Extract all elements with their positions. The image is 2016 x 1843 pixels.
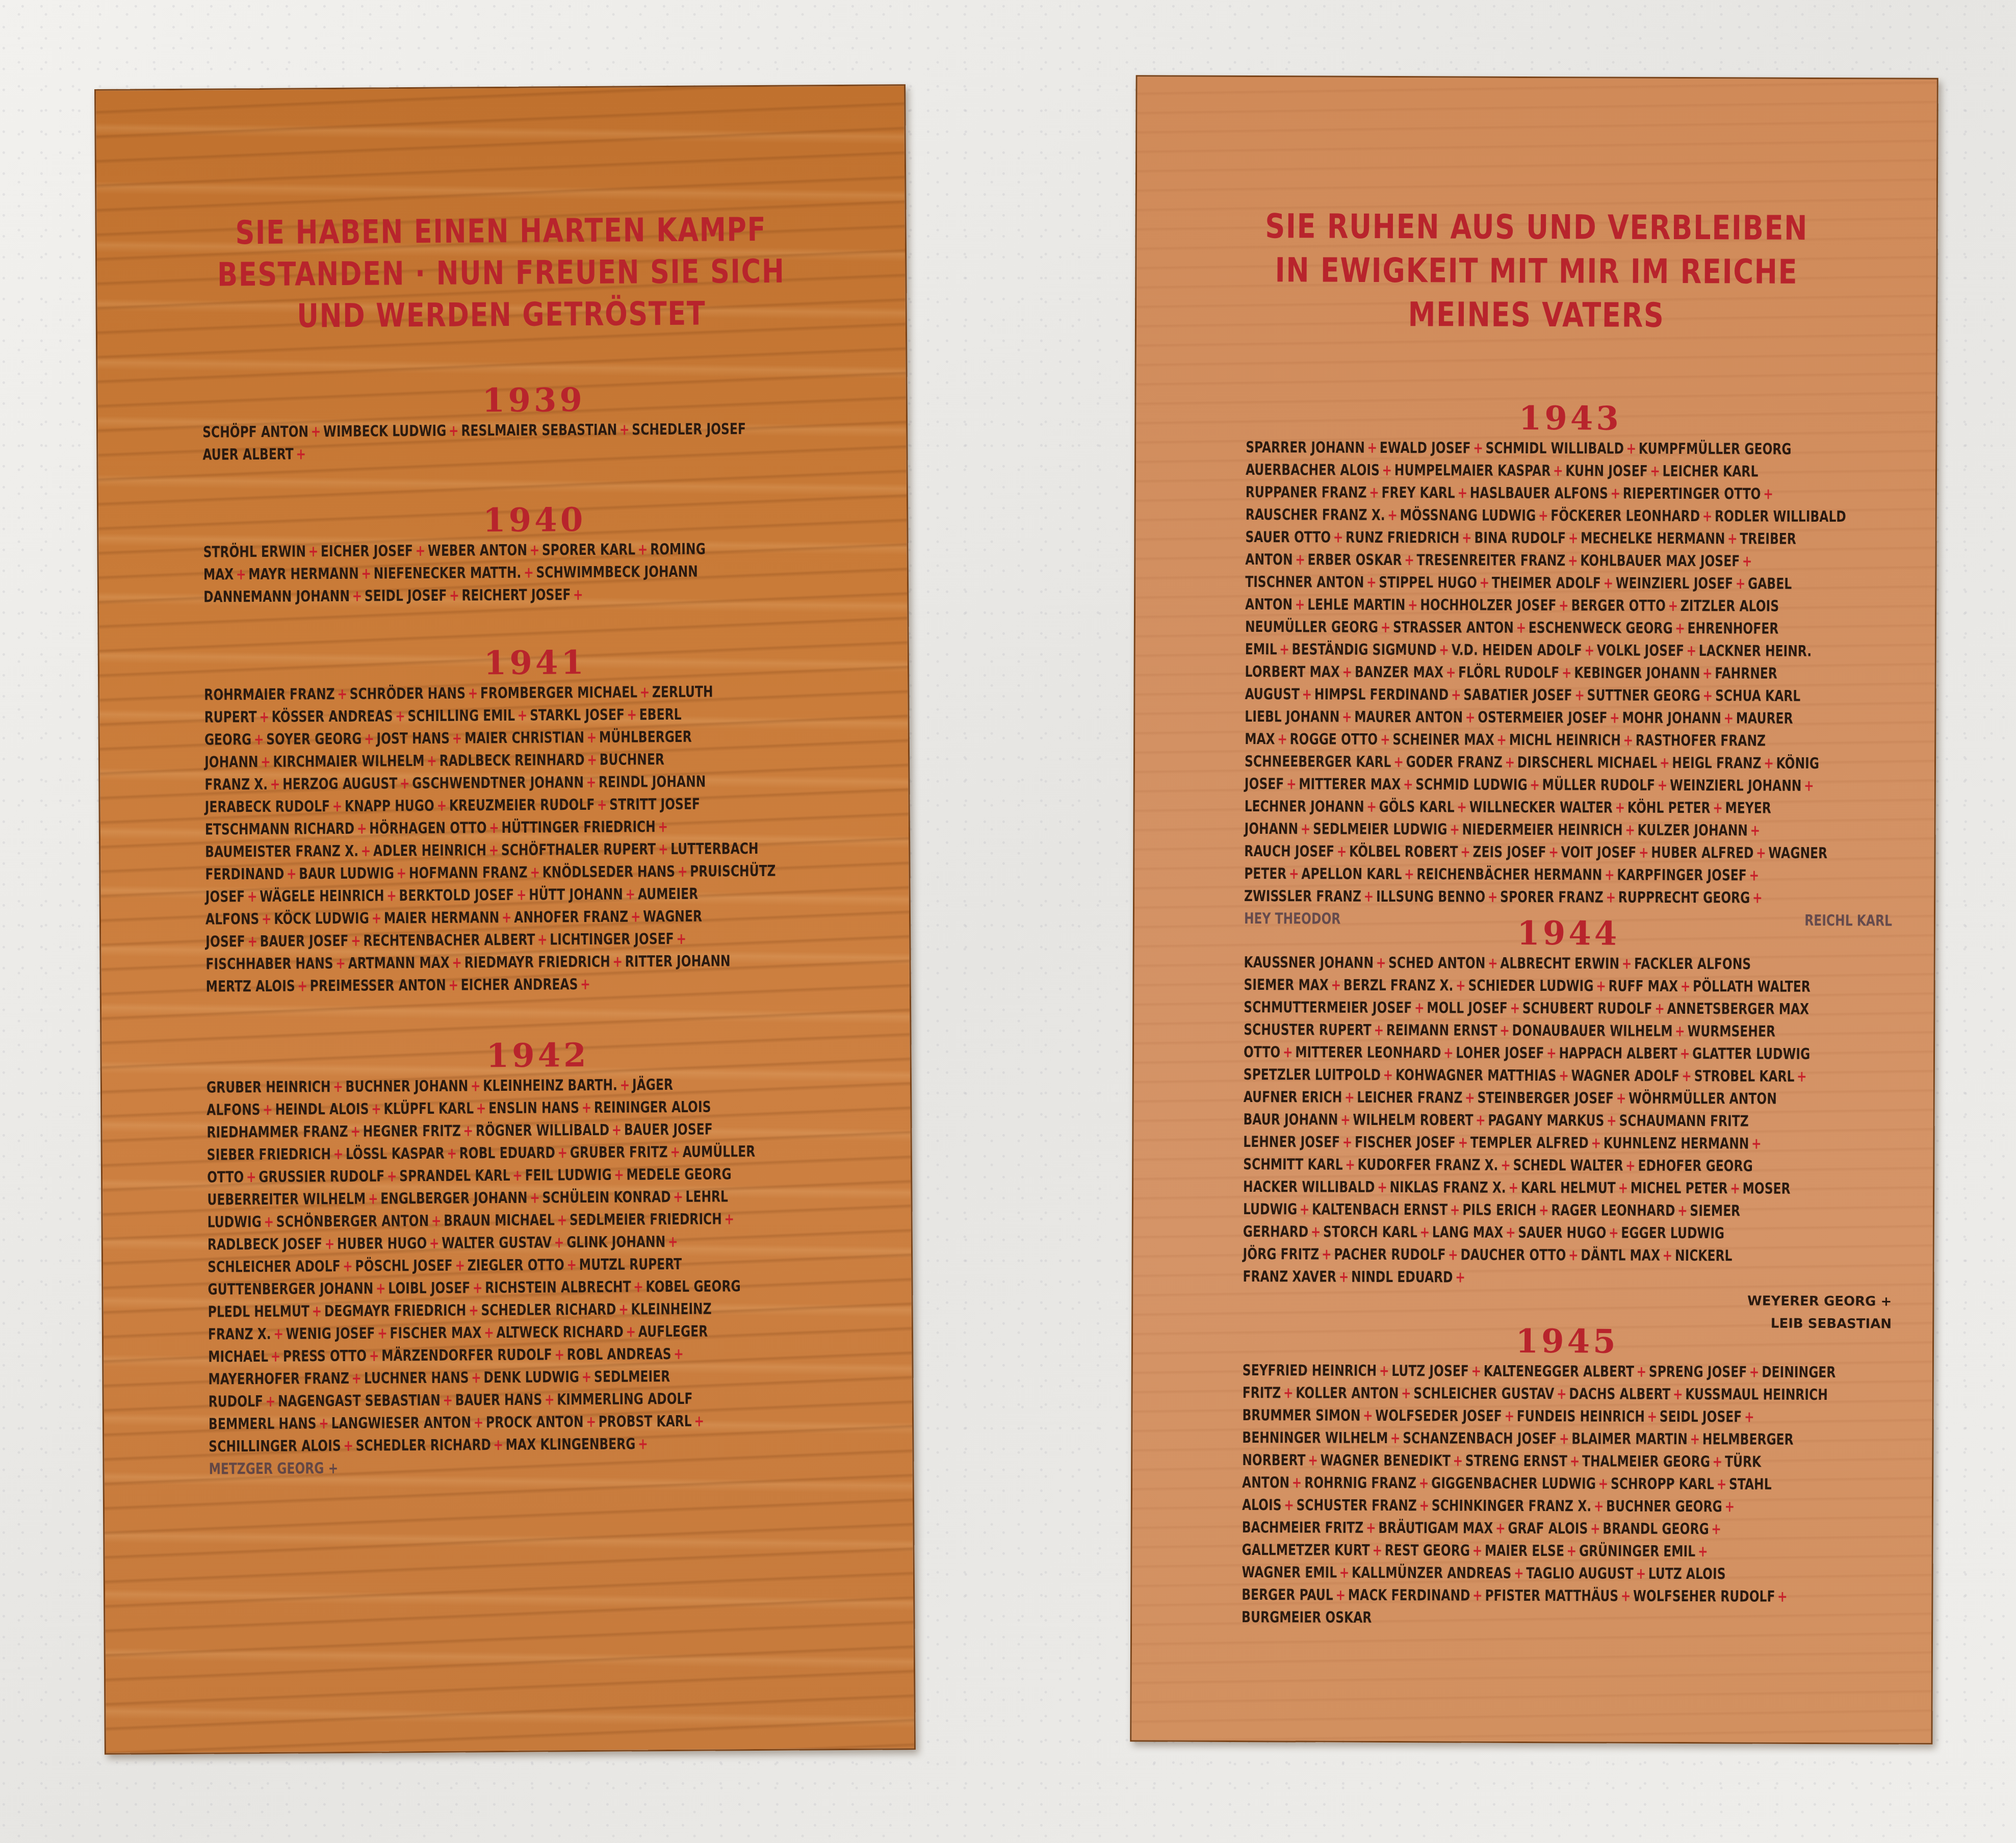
- cross-icon: +: [1516, 619, 1527, 637]
- cross-icon: +: [337, 685, 347, 703]
- fallen-name: RAGER LEONHARD: [1551, 1201, 1675, 1220]
- fallen-name: HUBER ALFRED: [1651, 844, 1753, 862]
- cross-icon: +: [1408, 596, 1418, 614]
- name-line: FRANZ XAVER+NINDL EDUARD+: [1243, 1266, 1891, 1290]
- fallen-name: BINA RUDOLF: [1474, 529, 1566, 548]
- fallen-name: V.D. HEIDEN ADOLF: [1452, 641, 1582, 659]
- fallen-name: BAUER JOSEF: [260, 932, 349, 951]
- fallen-name: NICKERL: [1675, 1247, 1733, 1265]
- fallen-name: SCHÖNBERGER ANTON: [276, 1212, 429, 1231]
- cross-icon: +: [1404, 865, 1414, 883]
- name-line: SEYFRIED HEINRICH+LUTZ JOSEF+KALTENEGGER…: [1243, 1360, 1891, 1384]
- fallen-name: SCHEDLER RICHARD: [481, 1301, 616, 1320]
- cross-icon: +: [1366, 1519, 1376, 1537]
- fallen-name: SEDLMEIER FRIEDRICH: [570, 1210, 722, 1229]
- name-line: GALLMETZER KURT+REST GEORG+MAIER ELSE+GR…: [1242, 1539, 1890, 1564]
- fallen-name: GALLMETZER KURT: [1242, 1541, 1370, 1559]
- name-line: GEORG+SOYER GEORG+JOST HANS+MAIER CHRIST…: [204, 725, 866, 752]
- cross-icon: +: [1342, 708, 1352, 726]
- fallen-name: STRÖHL ERWIN: [203, 543, 306, 561]
- name-line: ANTON+ERBER OSKAR+TRESENREITER FRANZ+KOH…: [1245, 549, 1893, 573]
- fallen-name: REICHERT JOSEF: [461, 586, 571, 604]
- name-line: FERDINAND+BAUR LUDWIG+HOFMANN FRANZ+KNÖD…: [205, 860, 867, 886]
- name-line: SIEBER FRIEDRICH+LÖSSL KASPAR+ROBL EDUAR…: [207, 1140, 869, 1167]
- name-line: WAGNER EMIL+KALLMÜNZER ANDREAS+TAGLIO AU…: [1242, 1562, 1890, 1586]
- cross-icon: +: [1420, 1223, 1430, 1241]
- fallen-name: ANTON: [1245, 551, 1293, 569]
- cross-icon: +: [263, 1101, 273, 1119]
- year-section-1944: 1944 KAUSSNER JOHANN+SCHED ANTON+ALBRECH…: [1243, 913, 1893, 1335]
- motto-line: SIE HABEN EINEN HARTEN KAMPF: [169, 209, 832, 254]
- cross-icon: +: [1387, 506, 1398, 524]
- fallen-name: ALOIS: [1242, 1496, 1282, 1514]
- cross-icon: +: [1598, 1475, 1609, 1493]
- fallen-name: PACHER RUDOLF: [1334, 1246, 1445, 1264]
- fallen-name: FRANZ X.: [204, 776, 268, 794]
- fallen-name: STIPPEL HUGO: [1379, 574, 1477, 592]
- cross-icon: +: [1480, 574, 1490, 592]
- cross-icon: +: [1284, 1496, 1294, 1514]
- fallen-name: TRESENREITER FRANZ: [1416, 551, 1565, 570]
- fallen-name: GODER FRANZ: [1406, 753, 1502, 772]
- cross-icon: +: [1456, 977, 1466, 994]
- year-section-1940: 1940 STRÖHL ERWIN+EICHER JOSEF+WEBER ANT…: [203, 499, 866, 609]
- fallen-name: GERHARD: [1243, 1223, 1308, 1241]
- fallen-name: SABATIER JOSEF: [1463, 686, 1572, 705]
- cross-icon: +: [416, 542, 426, 560]
- name-line: SCHUSTER RUPERT+REIMANN ERNST+DONAUBAUER…: [1244, 1019, 1892, 1043]
- cross-icon: +: [287, 865, 297, 883]
- cross-icon: +: [1286, 775, 1297, 793]
- cross-icon: +: [1703, 687, 1713, 705]
- cross-icon: +: [1366, 574, 1377, 592]
- fallen-name: KALLMÜNZER ANDREAS: [1352, 1564, 1511, 1582]
- name-line: MERTZ ALOIS+PREIMESSER ANTON+EICHER ANDR…: [206, 972, 868, 999]
- name-line: BAUR JOHANN+WILHELM ROBERT+PAGANY MARKUS…: [1243, 1109, 1891, 1133]
- fallen-name: BAUR LUDWIG: [299, 864, 394, 883]
- name-line: BEMMERL HANS+LANGWIESER ANTON+PROCK ANTO…: [209, 1410, 870, 1436]
- fallen-name: LORBERT MAX: [1245, 663, 1340, 681]
- cross-icon: +: [1606, 888, 1616, 906]
- name-line: BAUMEISTER FRANZ X.+ADLER HEINRICH+SCHÖF…: [205, 837, 867, 864]
- cross-icon: +: [1742, 552, 1752, 570]
- fallen-name: STRASSER ANTON: [1393, 619, 1514, 637]
- fallen-name: ZEIS JOSEF: [1472, 843, 1546, 862]
- cross-icon: +: [1302, 685, 1312, 703]
- cross-icon: +: [319, 1415, 329, 1432]
- fallen-name: JERABECK RUDOLF: [205, 798, 330, 816]
- cross-icon: +: [573, 586, 583, 604]
- fallen-name: MAX: [1245, 730, 1275, 748]
- cross-icon: +: [1372, 1542, 1382, 1559]
- cross-icon: +: [1618, 1180, 1628, 1197]
- cross-icon: +: [1616, 1090, 1626, 1108]
- name-line: RUPPANER FRANZ+FREY KARL+HASLBAUER ALFON…: [1246, 481, 1894, 506]
- fallen-name: HEIGL FRANZ: [1672, 754, 1761, 773]
- name-line: GUTTENBERGER JOHANN+LOIBL JOSEF+RICHSTEI…: [208, 1275, 869, 1301]
- cross-icon: +: [554, 1234, 564, 1251]
- cross-icon: +: [1680, 1045, 1690, 1063]
- fallen-name: SPORER KARL: [542, 541, 635, 559]
- fallen-name: KLEINHEINZ: [631, 1300, 711, 1319]
- cross-icon: +: [264, 1213, 274, 1231]
- fallen-name: JÄGER: [632, 1076, 673, 1094]
- fallen-name: SCHINKINGER FRANZ X.: [1432, 1497, 1592, 1515]
- cross-icon: +: [1345, 1156, 1355, 1174]
- fallen-name: MAX: [203, 566, 234, 583]
- cross-icon: +: [376, 1279, 386, 1297]
- cross-icon: +: [361, 565, 371, 583]
- cross-icon: +: [361, 842, 371, 860]
- cross-icon: +: [371, 1100, 381, 1118]
- fallen-name: GABEL: [1748, 575, 1792, 593]
- cross-icon: +: [436, 797, 447, 815]
- fallen-name: NINDL EDUARD: [1351, 1268, 1453, 1287]
- fallen-name: WILLNECKER WALTER: [1469, 799, 1613, 817]
- name-line: JOSEF+MITTERER MAX+SCHMID LUDWIG+MÜLLER …: [1245, 773, 1893, 798]
- fallen-name: SCHUA KARL: [1715, 687, 1800, 705]
- name-line: MICHAEL+PRESS OTTO+MÄRZENDORFER RUDOLF+R…: [208, 1342, 870, 1369]
- fallen-name: HUMPELMAIER KASPAR: [1394, 462, 1551, 480]
- fallen-name: MÜLLER RUDOLF: [1542, 776, 1656, 795]
- fallen-name: PRUISCHÜTZ: [690, 862, 776, 881]
- cross-icon: +: [1514, 1565, 1524, 1582]
- cross-icon: +: [1736, 575, 1746, 593]
- cross-icon: +: [1647, 1408, 1657, 1426]
- fallen-name: EMIL: [1245, 641, 1277, 658]
- cross-icon: +: [587, 729, 597, 747]
- fallen-name: AUER ALBERT: [202, 446, 294, 464]
- fallen-name: SCHEDLER JOSEF: [632, 420, 746, 439]
- cross-icon: +: [638, 1435, 648, 1453]
- name-line: BRUMMER SIMON+WOLFSEDER JOSEF+FUNDEIS HE…: [1242, 1404, 1890, 1429]
- name-line: JOSEF+WÄGELE HEINRICH+BERKTOLD JOSEF+HÜT…: [205, 882, 867, 909]
- fallen-name: SCHRÖDER HANS: [350, 684, 466, 703]
- fallen-name: KNÖDLSEDER HANS: [542, 863, 676, 882]
- year-heading: 1945: [1243, 1321, 1892, 1362]
- fallen-name: ERBER OSKAR: [1307, 551, 1402, 569]
- fallen-name: BAUR JOHANN: [1243, 1111, 1338, 1129]
- cross-icon: +: [1450, 821, 1460, 838]
- fallen-name: OSTERMEIER JOSEF: [1478, 709, 1607, 727]
- cross-icon: +: [493, 1436, 503, 1454]
- name-line: SIEMER MAX+BERZL FRANZ X.+SCHIEDER LUDWI…: [1244, 974, 1892, 999]
- fallen-name: STRENG ERNST: [1465, 1452, 1567, 1471]
- cross-icon: +: [1744, 1408, 1754, 1426]
- cross-icon: +: [1568, 1246, 1579, 1264]
- cross-icon: +: [1675, 620, 1685, 637]
- fallen-name: ANNETSBERGER MAX: [1667, 1000, 1809, 1018]
- cross-icon: +: [537, 931, 548, 949]
- name-line: SCHILLINGER ALOIS+SCHEDLER RICHARD+MAX K…: [209, 1432, 870, 1458]
- cross-icon: +: [1682, 1067, 1692, 1085]
- cross-icon: +: [1713, 1453, 1723, 1471]
- name-line: SCHNEEBERGER KARL+GODER FRANZ+DIRSCHERL …: [1245, 751, 1893, 775]
- cross-icon: +: [1448, 1246, 1458, 1264]
- cross-icon: +: [1636, 1565, 1646, 1583]
- cross-icon: +: [1308, 1451, 1318, 1469]
- fallen-name: PFISTER MATTHÄUS: [1485, 1587, 1618, 1605]
- cross-icon: +: [1508, 1179, 1518, 1197]
- cross-icon: +: [1568, 529, 1579, 547]
- fallen-name: DIRSCHERL MICHAEL: [1517, 754, 1658, 772]
- cross-icon: +: [351, 1370, 361, 1388]
- cross-icon: +: [1476, 1112, 1486, 1130]
- cross-icon: +: [270, 776, 280, 793]
- name-line: UEBERREITER WILHELM+ENGLBERGER JOHANN+SC…: [207, 1185, 869, 1212]
- fallen-name: FAHRNER: [1715, 664, 1777, 682]
- cross-icon: +: [1342, 1134, 1353, 1151]
- fallen-name: BAUER JOSEF: [624, 1121, 713, 1139]
- fallen-name: MICHEL PETER: [1631, 1180, 1728, 1198]
- cross-icon: +: [343, 1437, 353, 1455]
- fallen-name: SCHLEICHER GUSTAV: [1413, 1385, 1554, 1403]
- fallen-name: LIEBL JOHANN: [1245, 708, 1339, 726]
- fallen-name: SCHILLINGER ALOIS: [209, 1437, 341, 1456]
- fallen-name: LECHNER JOHANN: [1245, 798, 1364, 816]
- fallen-name: DACHS ALBERT: [1569, 1385, 1670, 1403]
- fallen-name: KEBINGER JOHANN: [1574, 664, 1700, 682]
- fallen-name: KARL HELMUT: [1521, 1179, 1616, 1197]
- cross-icon: +: [1295, 551, 1305, 569]
- cross-icon: +: [1506, 1224, 1516, 1242]
- cross-icon: +: [1404, 551, 1414, 569]
- fallen-name: SCHMIDL WILLIBALD: [1485, 440, 1624, 458]
- cross-icon: +: [658, 818, 668, 836]
- fallen-name: EGGER LUDWIG: [1621, 1224, 1724, 1243]
- year-section-1945: 1945 SEYFRIED HEINRICH+LUTZ JOSEF+KALTEN…: [1242, 1321, 1892, 1631]
- memorial-plaque-left: SIE HABEN EINEN HARTEN KAMPF BESTANDEN ·…: [94, 84, 916, 1755]
- fallen-name: LEHRL: [685, 1188, 728, 1206]
- cross-icon: +: [1750, 822, 1760, 839]
- cross-icon: +: [1339, 1268, 1349, 1286]
- cross-icon: +: [1277, 730, 1287, 748]
- cross-icon: +: [1797, 1068, 1807, 1086]
- cross-icon: +: [1366, 798, 1377, 816]
- fallen-name: MAURER ANTON: [1354, 708, 1463, 727]
- cross-icon: +: [259, 708, 269, 726]
- fallen-name: BLAIMER MARTIN: [1571, 1430, 1688, 1448]
- fallen-name: MERTZ ALOIS: [206, 978, 295, 996]
- fallen-name: HUBER HUGO: [337, 1235, 427, 1253]
- fallen-name: KUMPFMÜLLER GEORG: [1639, 440, 1792, 458]
- cross-icon: +: [1570, 1452, 1580, 1470]
- cross-icon: +: [236, 566, 246, 583]
- fallen-name: AUMÜLLER: [683, 1143, 756, 1161]
- name-list: ROHRMAIER FRANZ+SCHRÖDER HANS+FROMBERGER…: [204, 680, 868, 999]
- fallen-name: RUNZ FRIEDRICH: [1346, 529, 1459, 547]
- fallen-name: FUNDEIS HEINRICH: [1517, 1407, 1645, 1426]
- fallen-name: SUTTNER GEORG: [1587, 686, 1700, 705]
- cross-icon: +: [1591, 1134, 1601, 1152]
- fallen-name: ILLSUNG BENNO: [1376, 888, 1485, 906]
- cross-icon: +: [1289, 865, 1299, 883]
- cross-icon: +: [1376, 954, 1386, 972]
- fallen-name: RIEPERTINGER OTTO: [1623, 485, 1761, 503]
- cross-icon: +: [1650, 463, 1660, 480]
- fallen-name: STROBEL KARL: [1694, 1067, 1795, 1086]
- fallen-name: KAUSSNER JOHANN: [1244, 954, 1374, 972]
- fallen-name: BRÄUTIGAM MAX: [1378, 1519, 1493, 1538]
- fallen-name: HEGNER FRITZ: [363, 1122, 461, 1141]
- cross-icon: +: [443, 1392, 453, 1410]
- fallen-name: ETSCHMANN RICHARD: [205, 820, 355, 839]
- cross-icon: +: [427, 752, 437, 770]
- name-line: RUDOLF+NAGENGAST SEBASTIAN+BAUER HANS+KI…: [209, 1387, 870, 1414]
- name-line: NORBERT+WAGNER BENEDIKT+STRENG ERNST+THA…: [1242, 1449, 1890, 1474]
- cross-icon: +: [1495, 1520, 1506, 1538]
- fallen-name: HÜTTINGER FRIEDRICH: [501, 818, 656, 837]
- cross-icon: +: [395, 707, 405, 725]
- fallen-name: HÜTT JOHANN: [529, 886, 623, 904]
- fallen-name: MICHAEL: [208, 1348, 268, 1366]
- cross-icon: +: [1574, 686, 1585, 704]
- cross-icon: +: [1472, 1587, 1483, 1605]
- name-line: RUPERT+KÖSSER ANDREAS+SCHILLING EMIL+STA…: [204, 703, 866, 729]
- fallen-name: JOSEF: [1245, 775, 1284, 793]
- cross-icon: +: [619, 421, 630, 439]
- cross-icon: +: [332, 798, 343, 815]
- cross-icon: +: [1283, 1384, 1294, 1402]
- fallen-name: PILS ERICH: [1462, 1201, 1536, 1220]
- fallen-name: LUTZ JOSEF: [1391, 1362, 1469, 1380]
- fallen-name: TÜRK: [1725, 1453, 1761, 1471]
- cross-icon: +: [614, 1166, 624, 1184]
- fallen-name: LOHER JOSEF: [1456, 1044, 1544, 1062]
- fallen-name: PROBST KARL: [599, 1413, 692, 1431]
- cross-icon: +: [1763, 485, 1773, 503]
- fallen-name: LUTZ ALOIS: [1648, 1565, 1726, 1583]
- fallen-name: BERGER OTTO: [1571, 597, 1666, 615]
- cross-icon: +: [1403, 776, 1413, 793]
- fallen-name: WÖHRMÜLLER ANTON: [1629, 1090, 1777, 1108]
- fallen-name: SEDLMEIER LUDWIG: [1313, 820, 1448, 838]
- cross-icon: +: [625, 885, 635, 903]
- cross-icon: +: [1623, 732, 1633, 750]
- year-section-1942: 1942 GRUBER HEINRICH+BUCHNER JOHANN+KLEI…: [206, 1035, 871, 1481]
- cross-icon: +: [396, 864, 406, 882]
- fallen-name: SIEMER: [1690, 1202, 1740, 1220]
- name-line: LIEBL JOHANN+MAURER ANTON+OSTERMEIER JOS…: [1245, 706, 1893, 730]
- fallen-name: KUHN JOSEF: [1565, 462, 1648, 480]
- fallen-name: RITTER JOHANN: [625, 952, 731, 970]
- fallen-name: FEIL LUDWIG: [525, 1166, 611, 1185]
- fallen-name: BAUER HANS: [455, 1391, 542, 1410]
- cross-icon: +: [658, 840, 668, 858]
- fallen-name: ARTMANN MAX: [348, 954, 449, 972]
- fallen-name: ZITZLER ALOIS: [1681, 597, 1779, 616]
- memorial-plaque-right: SIE RUHEN AUS UND VERBLEIBEN IN EWIGKEIT…: [1130, 75, 1938, 1744]
- cross-icon: +: [627, 706, 637, 724]
- fallen-name: ALBRECHT ERWIN: [1500, 955, 1619, 973]
- handwritten-addendum: METZGER GEORG +: [209, 1454, 870, 1481]
- fallen-name: SPARRER JOHANN: [1246, 439, 1365, 457]
- fallen-name: ESCHENWECK GEORG: [1529, 619, 1673, 637]
- cross-icon: +: [311, 423, 321, 441]
- fallen-name: REININGER ALOIS: [594, 1098, 711, 1117]
- motto-line: MEINES VATERS: [1208, 292, 1864, 338]
- cross-icon: +: [1473, 440, 1483, 457]
- fallen-name: WOLFSEHER RUDOLF: [1633, 1588, 1775, 1606]
- cross-icon: +: [455, 1257, 465, 1274]
- fallen-name: KIRCHMAIER WILHELM: [273, 752, 424, 771]
- fallen-name: FLÖRL RUDOLF: [1458, 663, 1559, 682]
- fallen-name: JOSEF: [205, 933, 245, 951]
- name-line: FRANZ X.+WENIG JOSEF+FISCHER MAX+ALTWECK…: [208, 1320, 870, 1346]
- cross-icon: +: [343, 1258, 353, 1275]
- fallen-name: STAHL: [1729, 1475, 1772, 1493]
- fallen-name: RASTHOFER FRANZ: [1636, 732, 1766, 750]
- fallen-name: RUPPRECHT GEORG: [1618, 889, 1750, 907]
- cross-icon: +: [1711, 1520, 1721, 1538]
- fallen-name: SCHILLING EMIL: [407, 707, 515, 725]
- year-heading: 1942: [206, 1035, 869, 1077]
- cross-icon: +: [1419, 1474, 1429, 1492]
- fallen-name: BERZL FRANZ X.: [1343, 977, 1454, 995]
- fallen-name: EHRENHOFER: [1688, 620, 1779, 638]
- fallen-name: SCHROPP KARL: [1611, 1475, 1714, 1494]
- fallen-name: ANHOFER FRANZ: [514, 908, 628, 927]
- cross-icon: +: [1345, 1089, 1355, 1107]
- fallen-name: ROMING: [650, 541, 706, 559]
- fallen-name: WAGNER ADOLF: [1571, 1067, 1679, 1085]
- fallen-name: MAX KLINGENBERG: [506, 1435, 636, 1454]
- cross-icon: +: [262, 910, 272, 928]
- fallen-name: SPRENG JOSEF: [1649, 1363, 1747, 1381]
- fallen-name: EICHER JOSEF: [321, 542, 413, 560]
- cross-icon: +: [1603, 574, 1613, 592]
- fallen-name: LOIBL JOSEF: [388, 1279, 470, 1297]
- fallen-name: JOHANN: [204, 753, 259, 772]
- fallen-name: MITTERER MAX: [1299, 775, 1401, 793]
- fallen-name: GSCHWENDTNER JOHANN: [412, 774, 584, 792]
- fallen-name: APELLON KARL: [1301, 865, 1402, 883]
- fallen-name: DEGMAYR FRIEDRICH: [324, 1301, 467, 1320]
- name-line: SPETZLER LUITPOLD+KOHWAGNER MATTHIAS+WAG…: [1244, 1064, 1892, 1088]
- fallen-name: REICHENBÄCHER HERMANN: [1416, 865, 1602, 884]
- name-line: AUFNER ERICH+LEICHER FRANZ+STEINBERGER J…: [1244, 1086, 1892, 1111]
- cross-icon: +: [1283, 1043, 1293, 1061]
- name-list: SEYFRIED HEINRICH+LUTZ JOSEF+KALTENEGGER…: [1242, 1360, 1891, 1631]
- cross-icon: +: [266, 1393, 276, 1411]
- fallen-name: SCHUSTER RUPERT: [1244, 1021, 1372, 1039]
- fallen-name: KLÜPFL KARL: [383, 1099, 474, 1118]
- cross-icon: +: [469, 1301, 479, 1319]
- fallen-name: GRUBER FRITZ: [570, 1143, 668, 1162]
- cross-icon: +: [1607, 1112, 1617, 1130]
- fallen-name: GUTTENBERGER JOHANN: [208, 1280, 373, 1299]
- fallen-name: RADLBECK REINHARD: [439, 751, 584, 770]
- cross-icon: +: [1559, 1067, 1569, 1085]
- name-line: STRÖHL ERWIN+EICHER JOSEF+WEBER ANTON+SP…: [203, 537, 865, 564]
- fallen-name: ALFONS: [205, 910, 260, 929]
- name-list: GRUBER HEINRICH+BUCHNER JOHANN+KLEINHEIN…: [206, 1073, 870, 1458]
- fallen-name: BEMMERL HANS: [209, 1415, 317, 1433]
- fallen-name: SCHUSTER FRANZ: [1296, 1496, 1416, 1515]
- fallen-name: MICHL HEINRICH: [1509, 731, 1621, 750]
- name-line: JOHANN+SEDLMEIER LUDWIG+NIEDERMEIER HEIN…: [1244, 818, 1892, 842]
- cross-icon: +: [612, 1121, 622, 1139]
- fallen-name: RICHSTEIN ALBRECHT: [485, 1278, 631, 1297]
- fallen-name: MOSER: [1743, 1180, 1791, 1197]
- name-line: AUERBACHER ALOIS+HUMPELMAIER KASPAR+KUHN…: [1246, 459, 1894, 483]
- fallen-name: WAGNER BENEDIKT: [1320, 1452, 1451, 1470]
- name-line: RIEDHAMMER FRANZ+HEGNER FRITZ+RÖGNER WIL…: [206, 1118, 868, 1144]
- fallen-name: EBERL: [639, 706, 682, 724]
- cross-icon: +: [670, 1143, 680, 1161]
- cross-icon: +: [1419, 1497, 1429, 1515]
- fallen-name: HOCHHOLZER JOSEF: [1420, 596, 1556, 615]
